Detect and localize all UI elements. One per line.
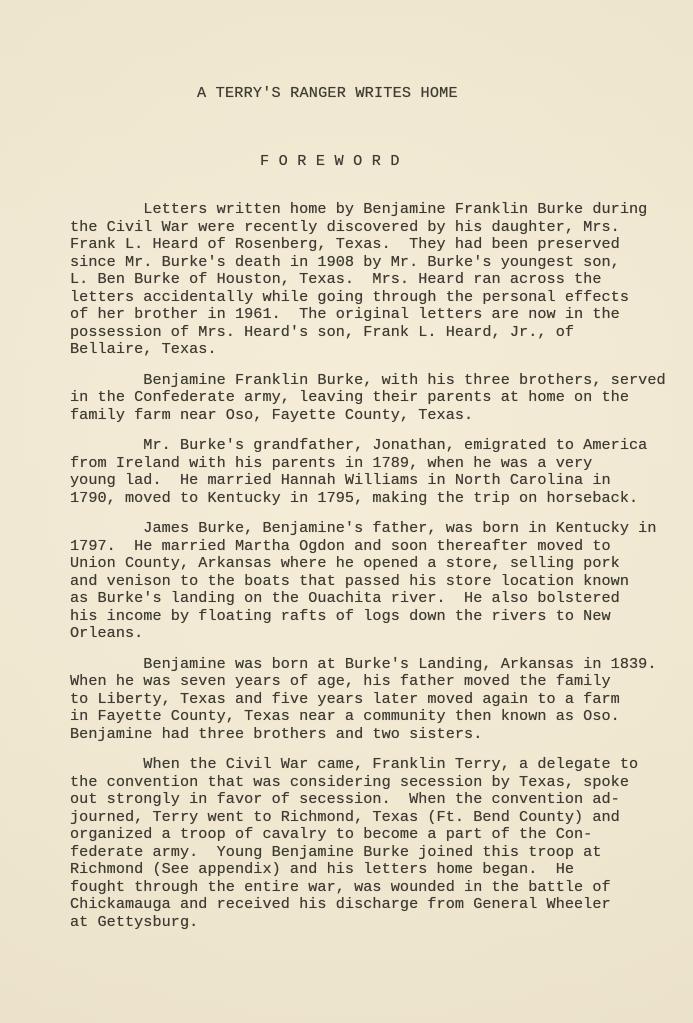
document-title: A TERRY'S RANGER WRITES HOME (70, 84, 630, 102)
paragraph-5: Benjamine was born at Burke's Landing, A… (70, 656, 630, 744)
paragraph-2: Benjamine Franklin Burke, with his three… (70, 372, 630, 425)
paragraph-4: James Burke, Benjamine's father, was bor… (70, 520, 630, 643)
foreword-heading: F O R E W O R D (70, 152, 630, 170)
paragraph-1: Letters written home by Benjamine Frankl… (70, 201, 630, 359)
document-content: A TERRY'S RANGER WRITES HOME F O R E W O… (70, 84, 630, 931)
document-body: Letters written home by Benjamine Frankl… (70, 201, 630, 931)
document-page: A TERRY'S RANGER WRITES HOME F O R E W O… (0, 0, 693, 1023)
paragraph-3: Mr. Burke's grandfather, Jonathan, emigr… (70, 437, 630, 507)
paragraph-6: When the Civil War came, Franklin Terry,… (70, 756, 630, 931)
